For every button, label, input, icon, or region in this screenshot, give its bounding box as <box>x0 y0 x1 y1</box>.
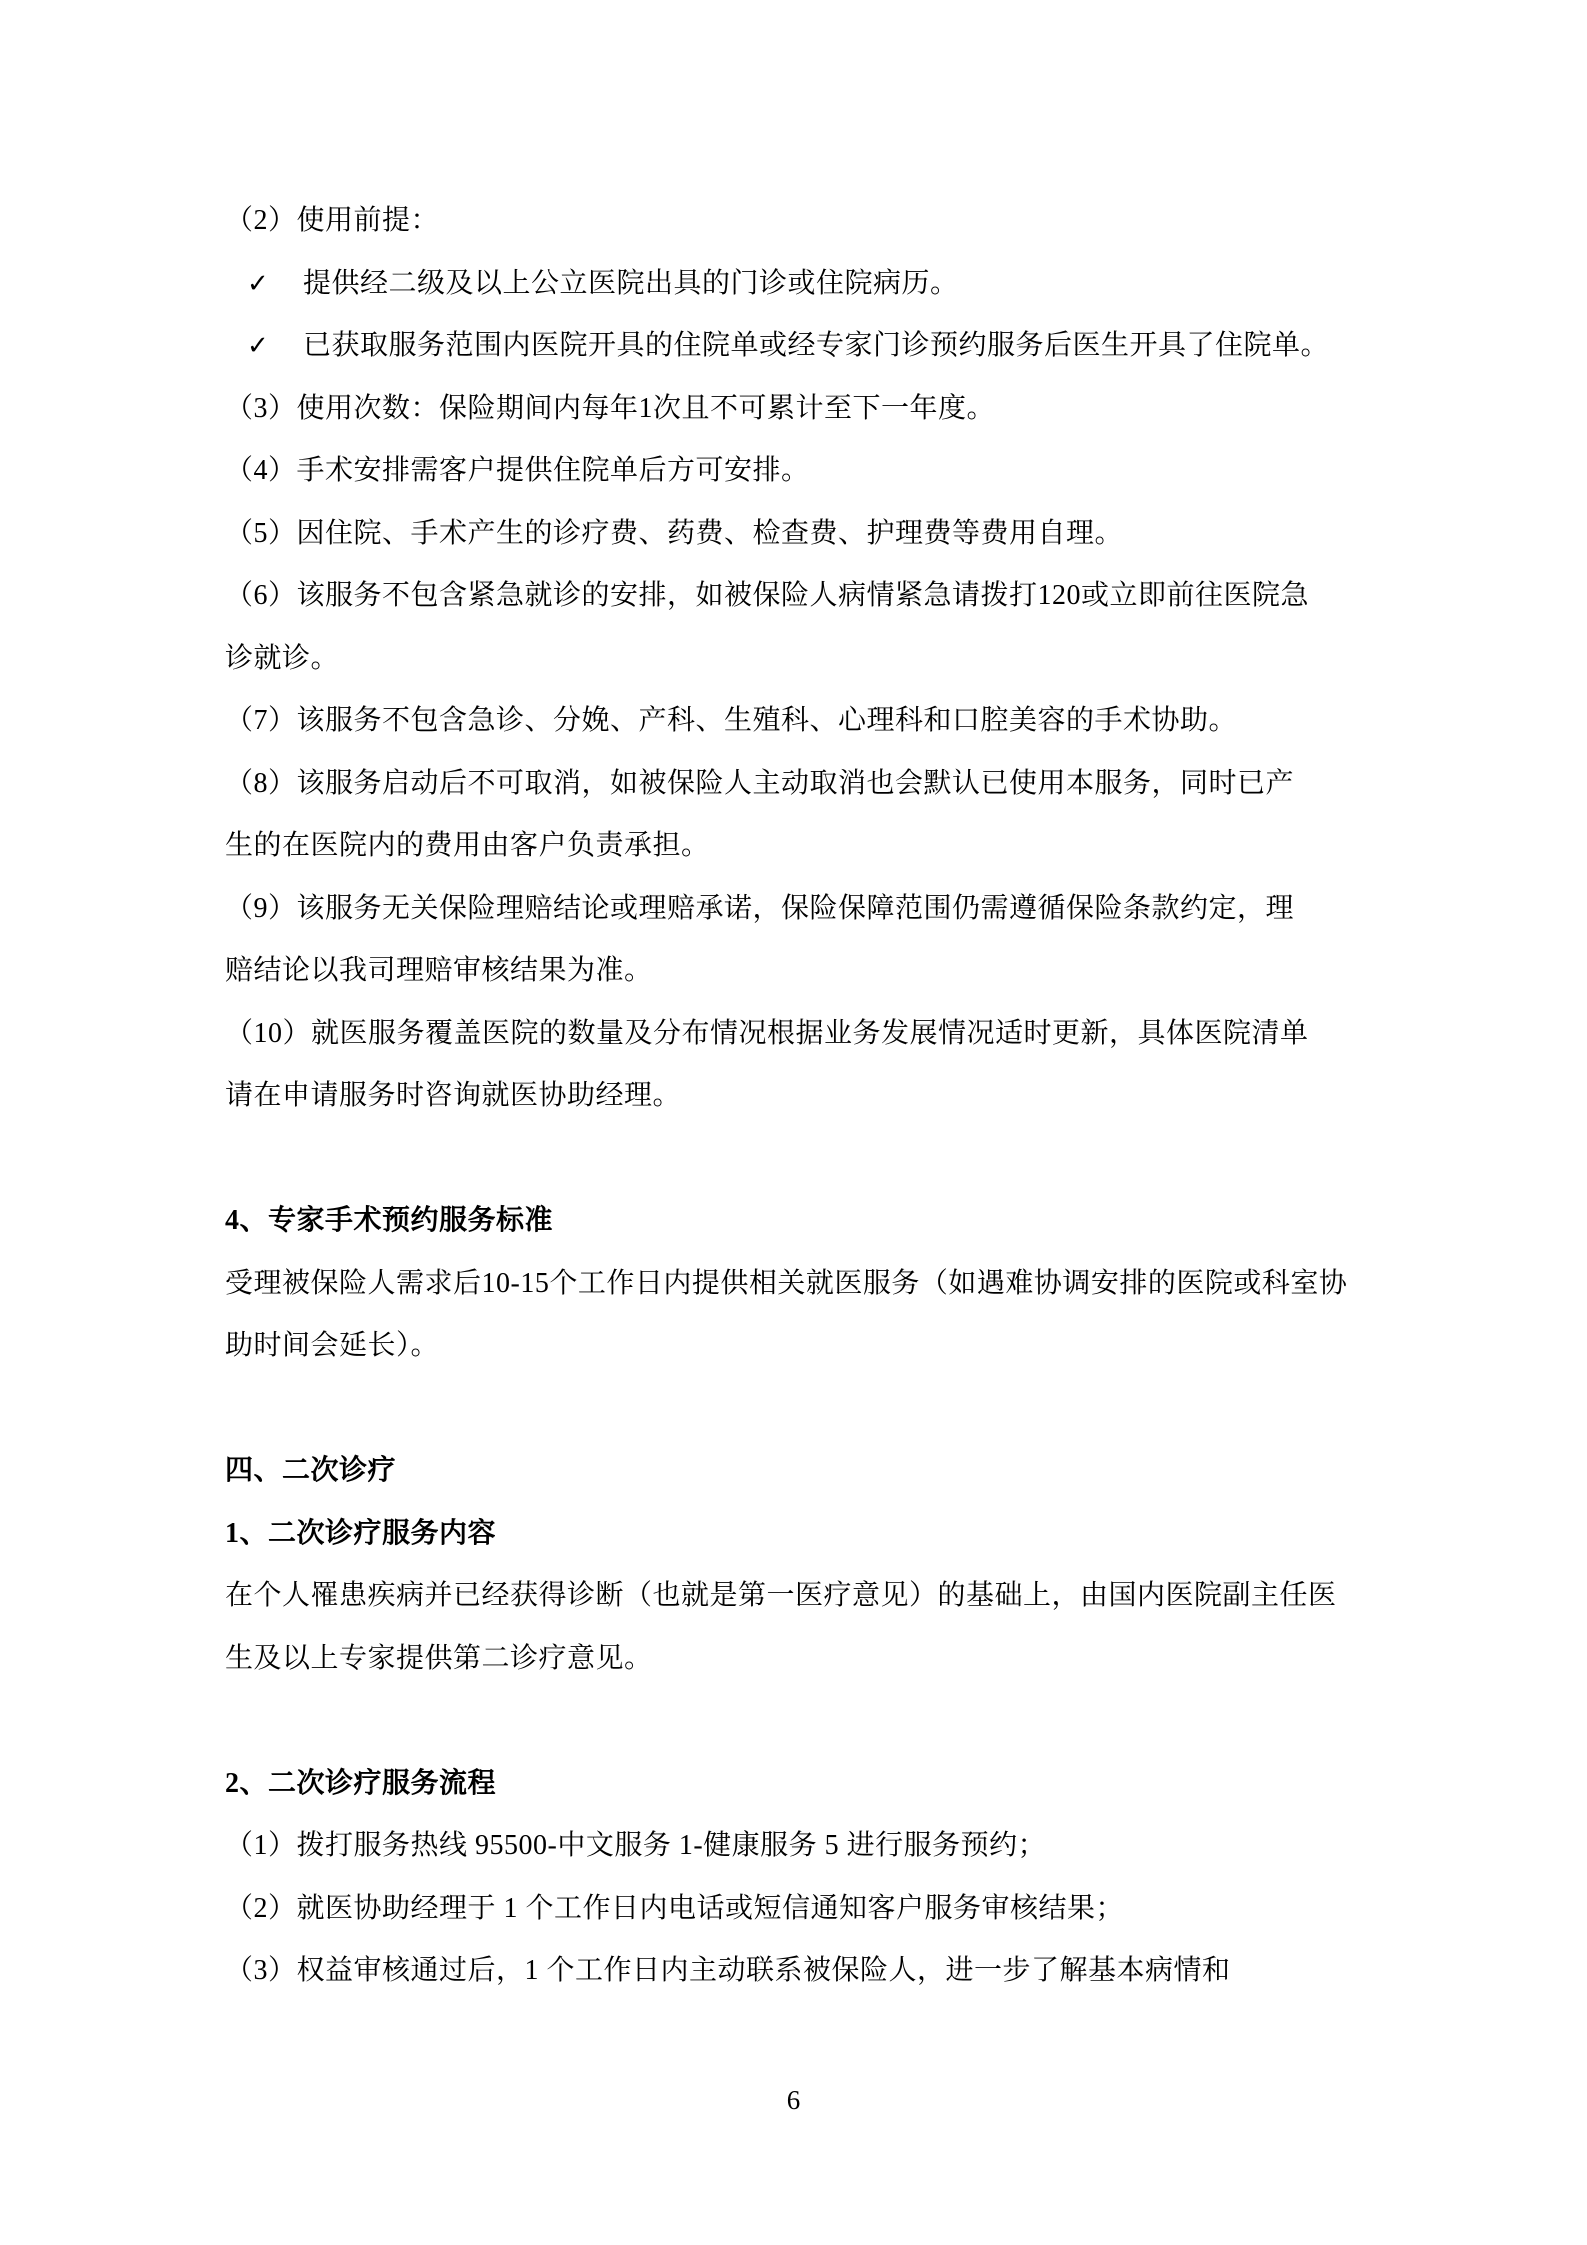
text-line: 请在申请服务时咨询就医协助经理。 <box>225 1065 1385 1128</box>
text-line: （3）使用次数：保险期间内每年1次且不可累计至下一年度。 <box>225 378 1385 441</box>
text-line: （9）该服务无关保险理赔结论或理赔承诺，保险保障范围仍需遵循保险条款约定，理 <box>225 878 1385 941</box>
text-line: 生的在医院内的费用由客户负责承担。 <box>225 815 1385 878</box>
blank-line <box>225 1128 1385 1191</box>
text-line: （4）手术安排需客户提供住院单后方可安排。 <box>225 440 1385 503</box>
section-heading: 2、二次诊疗服务流程 <box>225 1753 1385 1816</box>
text-line: 助时间会延长）。 <box>225 1315 1385 1378</box>
text-line: 生及以上专家提供第二诊疗意见。 <box>225 1628 1385 1691</box>
section-heading: 四、二次诊疗 <box>225 1440 1385 1503</box>
document-body: （2）使用前提： ✓提供经二级及以上公立医院出具的门诊或住院病历。 ✓已获取服务… <box>225 190 1385 2003</box>
text-line: 赔结论以我司理赔审核结果为准。 <box>225 940 1385 1003</box>
text-line: （1）拨打服务热线 95500-中文服务 1-健康服务 5 进行服务预约； <box>225 1815 1385 1878</box>
list-item-text: 提供经二级及以上公立医院出具的门诊或住院病历。 <box>303 268 959 299</box>
text-line: （2）使用前提： <box>225 190 1385 253</box>
text-line: （10）就医服务覆盖医院的数量及分布情况根据业务发展情况适时更新，具体医院清单 <box>225 1003 1385 1066</box>
section-heading: 1、二次诊疗服务内容 <box>225 1503 1385 1566</box>
page-number: 6 <box>0 2072 1587 2128</box>
text-line: （7）该服务不包含急诊、分娩、产科、生殖科、心理科和口腔美容的手术协助。 <box>225 690 1385 753</box>
blank-line <box>225 1690 1385 1753</box>
text-line: （8）该服务启动后不可取消，如被保险人主动取消也会默认已使用本服务，同时已产 <box>225 753 1385 816</box>
text-line: 在个人罹患疾病并已经获得诊断（也就是第一医疗意见）的基础上，由国内医院副主任医 <box>225 1565 1385 1628</box>
document-page: （2）使用前提： ✓提供经二级及以上公立医院出具的门诊或住院病历。 ✓已获取服务… <box>0 0 1587 2245</box>
blank-line <box>225 1378 1385 1441</box>
text-line: （6）该服务不包含紧急就诊的安排，如被保险人病情紧急请拨打120或立即前往医院急 <box>225 565 1385 628</box>
text-line: 受理被保险人需求后10-15个工作日内提供相关就医服务（如遇难协调安排的医院或科… <box>225 1253 1385 1316</box>
list-item: ✓提供经二级及以上公立医院出具的门诊或住院病历。 <box>225 253 1385 316</box>
text-line: （3）权益审核通过后，1 个工作日内主动联系被保险人，进一步了解基本病情和 <box>225 1940 1385 2003</box>
text-line: 诊就诊。 <box>225 628 1385 691</box>
checkmark-icon: ✓ <box>247 315 303 378</box>
text-line: （2）就医协助经理于 1 个工作日内电话或短信通知客户服务审核结果； <box>225 1878 1385 1941</box>
checkmark-icon: ✓ <box>247 253 303 316</box>
list-item: ✓已获取服务范围内医院开具的住院单或经专家门诊预约服务后医生开具了住院单。 <box>225 315 1385 378</box>
text-line: （5）因住院、手术产生的诊疗费、药费、检查费、护理费等费用自理。 <box>225 503 1385 566</box>
list-item-text: 已获取服务范围内医院开具的住院单或经专家门诊预约服务后医生开具了住院单。 <box>303 330 1329 361</box>
section-heading: 4、专家手术预约服务标准 <box>225 1190 1385 1253</box>
